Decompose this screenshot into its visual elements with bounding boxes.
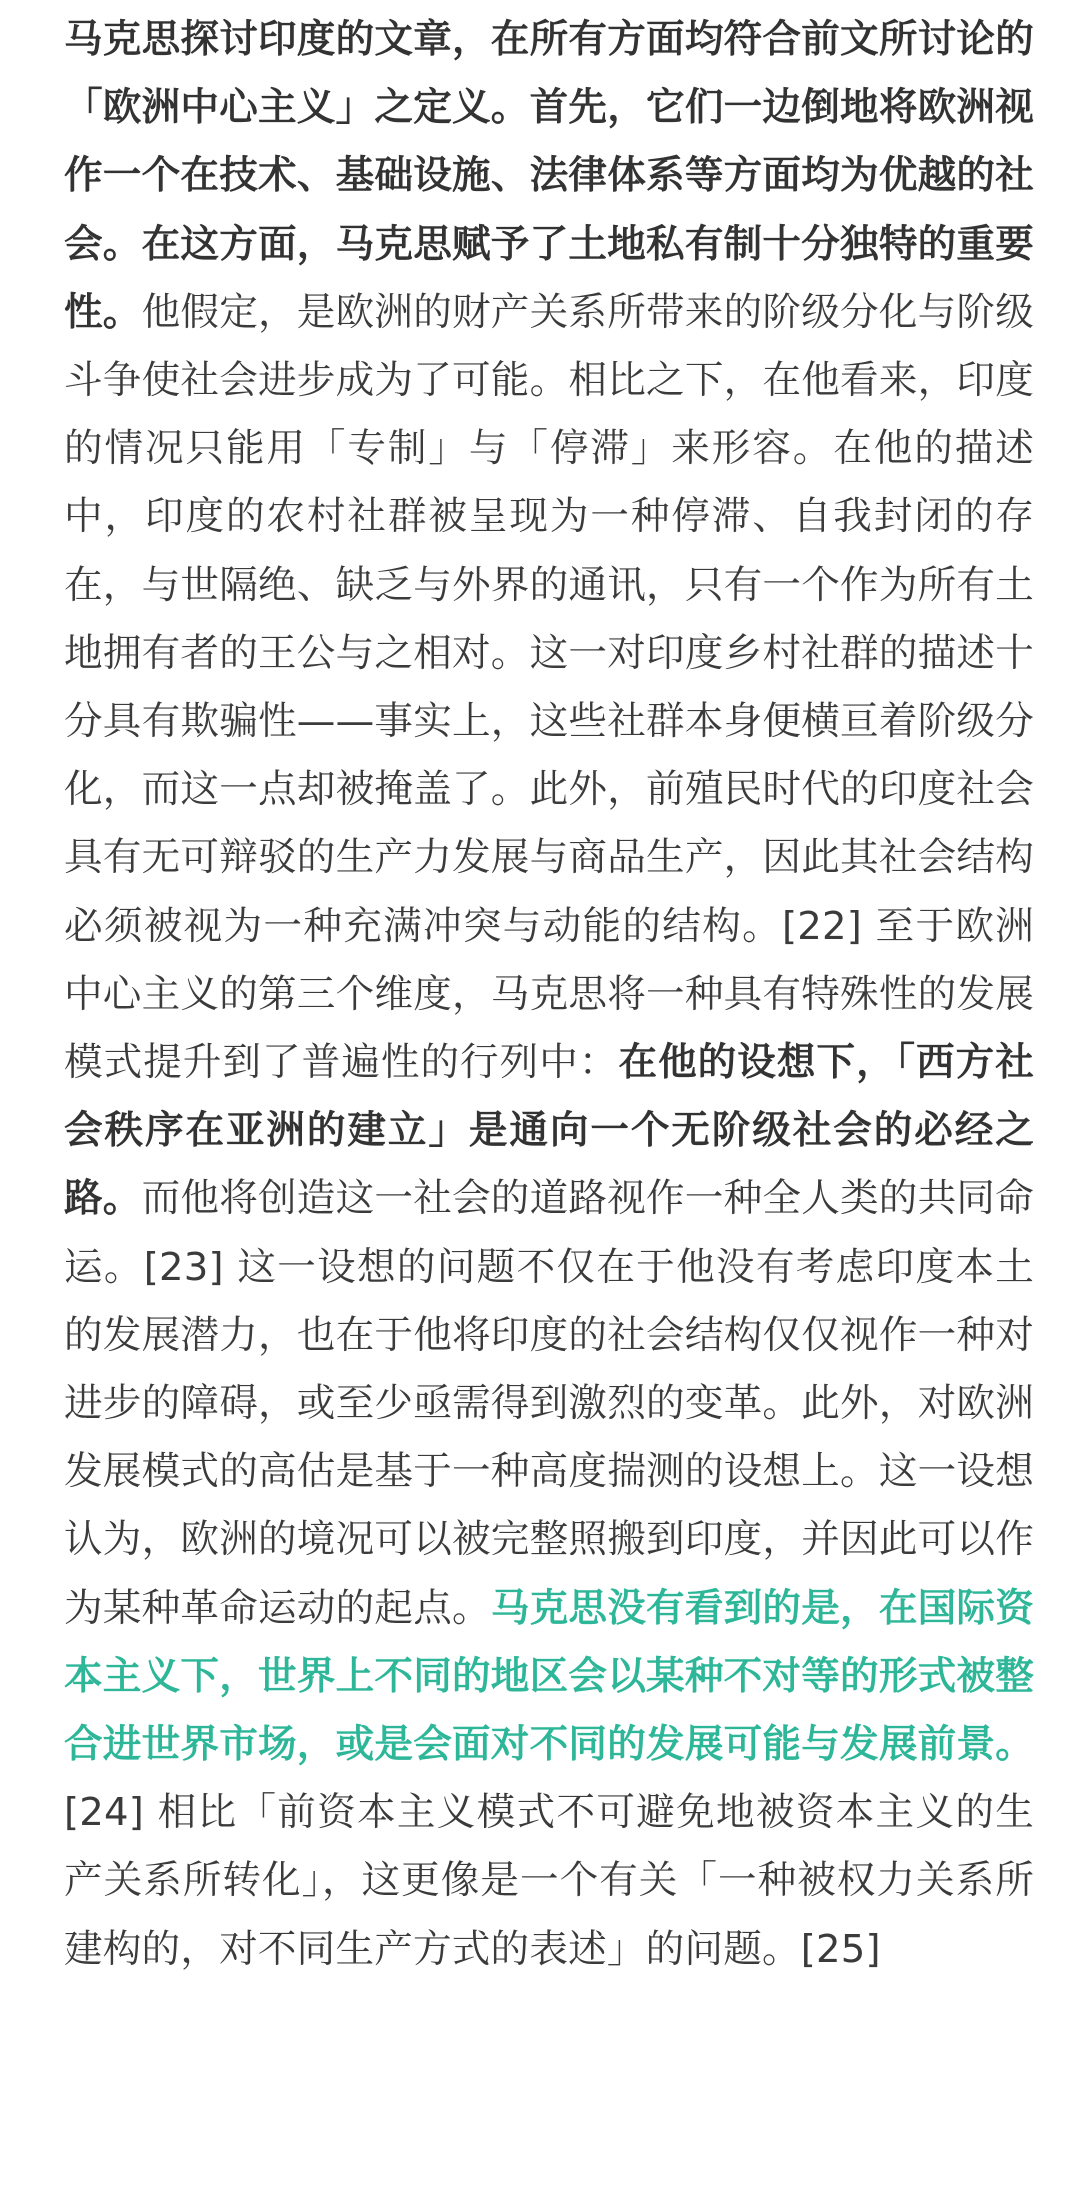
text-passage-india-stagnation: 他假定，是欧洲的财产关系所带来的阶级分化与阶级斗争使社会进步成为了可能。相比之下… xyxy=(64,290,1034,949)
footnote-ref-23[interactable]: [23] xyxy=(144,1245,224,1290)
footnote-ref-22[interactable]: [22] xyxy=(782,904,862,949)
bold-passage-eurocentrism-definition: 马克思探讨印度的文章，在所有方面均符合前文所讨论的「欧洲中心主义」之定义。首先，… xyxy=(64,17,1034,335)
article-body: 马克思探讨印度的文章，在所有方面均符合前文所讨论的「欧洲中心主义」之定义。首先，… xyxy=(0,0,1080,1984)
footnote-ref-25[interactable]: [25] xyxy=(801,1927,881,1972)
footnote-ref-24[interactable]: [24] xyxy=(64,1790,144,1835)
text-passage-problem-of-assumption: 这一设想的问题不仅在于他没有考虑印度本土的发展潜力，也在于他将印度的社会结构仅仅… xyxy=(64,1245,1034,1631)
article-paragraph: 马克思探讨印度的文章，在所有方面均符合前文所讨论的「欧洲中心主义」之定义。首先，… xyxy=(64,6,1034,1984)
text-passage-power-relations: 相比「前资本主义模式不可避免地被资本主义的生产关系所转化」，这更像是一个有关「一… xyxy=(64,1790,1034,1971)
